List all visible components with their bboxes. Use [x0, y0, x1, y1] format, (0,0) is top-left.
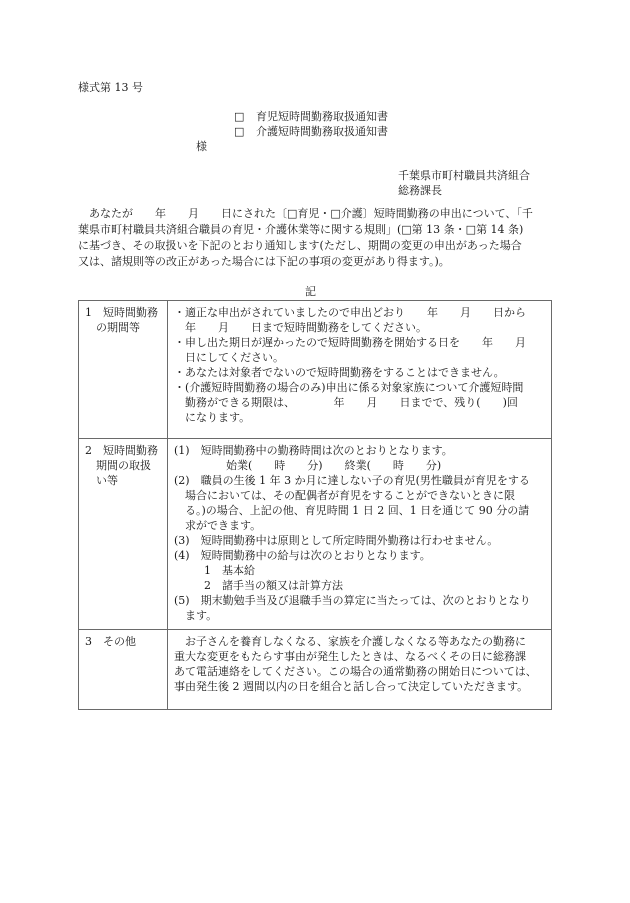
content-line: 2 諸手当の額又は計算方法	[174, 578, 547, 593]
row-label: 3 その他	[79, 630, 168, 710]
content-line: 始業( 時 分) 終業( 時 分)	[174, 458, 547, 473]
content-line: 事由発生後 2 週間以内の日を組合と話し合って決定していただきます。	[174, 679, 547, 694]
content-line: (1) 短時間勤務中の勤務時間は次のとおりとなります。	[174, 443, 547, 458]
sender-block: 千葉県市町村職員共済組合 総務課長	[398, 168, 530, 198]
document-title-block: □育児短時間勤務取扱通知書 □介護短時間勤務取扱通知書	[234, 109, 388, 139]
label-line: の期間等	[85, 320, 161, 335]
row-label: 1 短時間勤務 の期間等	[79, 301, 168, 439]
row-content: お子さんを養育しなくなる、家族を介護しなくなる等あなたの勤務に 重大な変更をもた…	[168, 630, 552, 710]
sender-position: 総務課長	[398, 183, 530, 198]
content-line: る。)の場合、上記の他、育児時間 1 日 2 回、1 日を通じて 90 分の請	[174, 503, 547, 518]
content-line: ます。	[174, 608, 547, 623]
content-line: (2) 職員の生後 1 年 3 か月に達しない子の育児(男性職員が育児をする	[174, 473, 547, 488]
addressee-suffix: 様	[196, 139, 207, 154]
row-content: ・適正な申出がされていましたので申出どおり 年 月 日から 年 月 日まで短時間…	[168, 301, 552, 439]
table-row-other: 3 その他 お子さんを養育しなくなる、家族を介護しなくなる等あなたの勤務に 重大…	[79, 630, 552, 710]
notice-body-paragraph: あなたが 年 月 日にされた〔□育児・□介護〕短時間勤務の申出について、「千 葉…	[78, 206, 554, 270]
body-line: 葉県市町村職員共済組合職員の育児・介護休業等に関する規則」(□第 13 条・□第…	[78, 222, 554, 238]
content-line: 求ができます。	[174, 518, 547, 533]
body-line: に基づき、その取扱いを下記のとおり通知します(ただし、期間の変更の申出があった場…	[78, 238, 554, 254]
content-line: 1 基本給	[174, 563, 547, 578]
title-label: 介護短時間勤務取扱通知書	[256, 125, 388, 138]
details-table: 1 短時間勤務 の期間等 ・適正な申出がされていましたので申出どおり 年 月 日…	[78, 300, 552, 710]
content-line: 場合においては、その配偶者が育児をすることができないときに限	[174, 488, 547, 503]
label-line: 1 短時間勤務	[85, 305, 161, 320]
content-line: になります。	[174, 410, 547, 425]
body-line: あなたが 年 月 日にされた〔□育児・□介護〕短時間勤務の申出について、「千	[78, 206, 554, 222]
label-line: 3 その他	[85, 634, 161, 649]
table-row-period: 1 短時間勤務 の期間等 ・適正な申出がされていましたので申出どおり 年 月 日…	[79, 301, 552, 439]
sender-organization: 千葉県市町村職員共済組合	[398, 168, 530, 183]
label-line: い等	[85, 473, 161, 488]
content-line: (5) 期末勤勉手当及び退職手当の算定に当たっては、次のとおりとなり	[174, 593, 547, 608]
row-label: 2 短時間勤務 期間の取扱 い等	[79, 439, 168, 630]
content-line: ・適正な申出がされていましたので申出どおり 年 月 日から	[174, 305, 547, 320]
content-line: 日にしてください。	[174, 350, 547, 365]
content-line: ・(介護短時間勤務の場合のみ)申出に係る対象家族について介護短時間	[174, 380, 547, 395]
title-option-childcare: □育児短時間勤務取扱通知書	[234, 109, 388, 124]
content-line: お子さんを養育しなくなる、家族を介護しなくなる等あなたの勤務に	[174, 634, 547, 649]
body-line: 又は、諸規則等の改正があった場合には下記の事項の変更があり得ます。)。	[78, 254, 554, 270]
content-line: (4) 短時間勤務中の給与は次のとおりとなります。	[174, 548, 547, 563]
content-line: ・あなたは対象者でないので短時間勤務をすることはできません。	[174, 365, 547, 380]
label-line: 期間の取扱	[85, 458, 161, 473]
title-label: 育児短時間勤務取扱通知書	[256, 110, 388, 123]
content-line: あて電話連絡をしてください。この場合の通常勤務の開始日については、	[174, 664, 547, 679]
title-option-nursing-care: □介護短時間勤務取扱通知書	[234, 124, 388, 139]
content-line: (3) 短時間勤務中は原則として所定時間外勤務は行わせません。	[174, 533, 547, 548]
content-line: ・申し出た期日が遅かったので短時間勤務を開始する日を 年 月	[174, 335, 547, 350]
ki-heading: 記	[305, 284, 316, 299]
form-number: 様式第 13 号	[78, 80, 143, 95]
checkbox-icon[interactable]: □	[234, 109, 256, 124]
content-line: 年 月 日まで短時間勤務をしてください。	[174, 320, 547, 335]
content-line: 重大な変更をもたらす事由が発生したときは、なるべくその日に総務課	[174, 649, 547, 664]
label-line: 2 短時間勤務	[85, 443, 161, 458]
table-row-handling: 2 短時間勤務 期間の取扱 い等 (1) 短時間勤務中の勤務時間は次のとおりとな…	[79, 439, 552, 630]
row-content: (1) 短時間勤務中の勤務時間は次のとおりとなります。 始業( 時 分) 終業(…	[168, 439, 552, 630]
content-line: 勤務ができる期限は、 年 月 日までで、残り( )回	[174, 395, 547, 410]
checkbox-icon[interactable]: □	[234, 124, 256, 139]
